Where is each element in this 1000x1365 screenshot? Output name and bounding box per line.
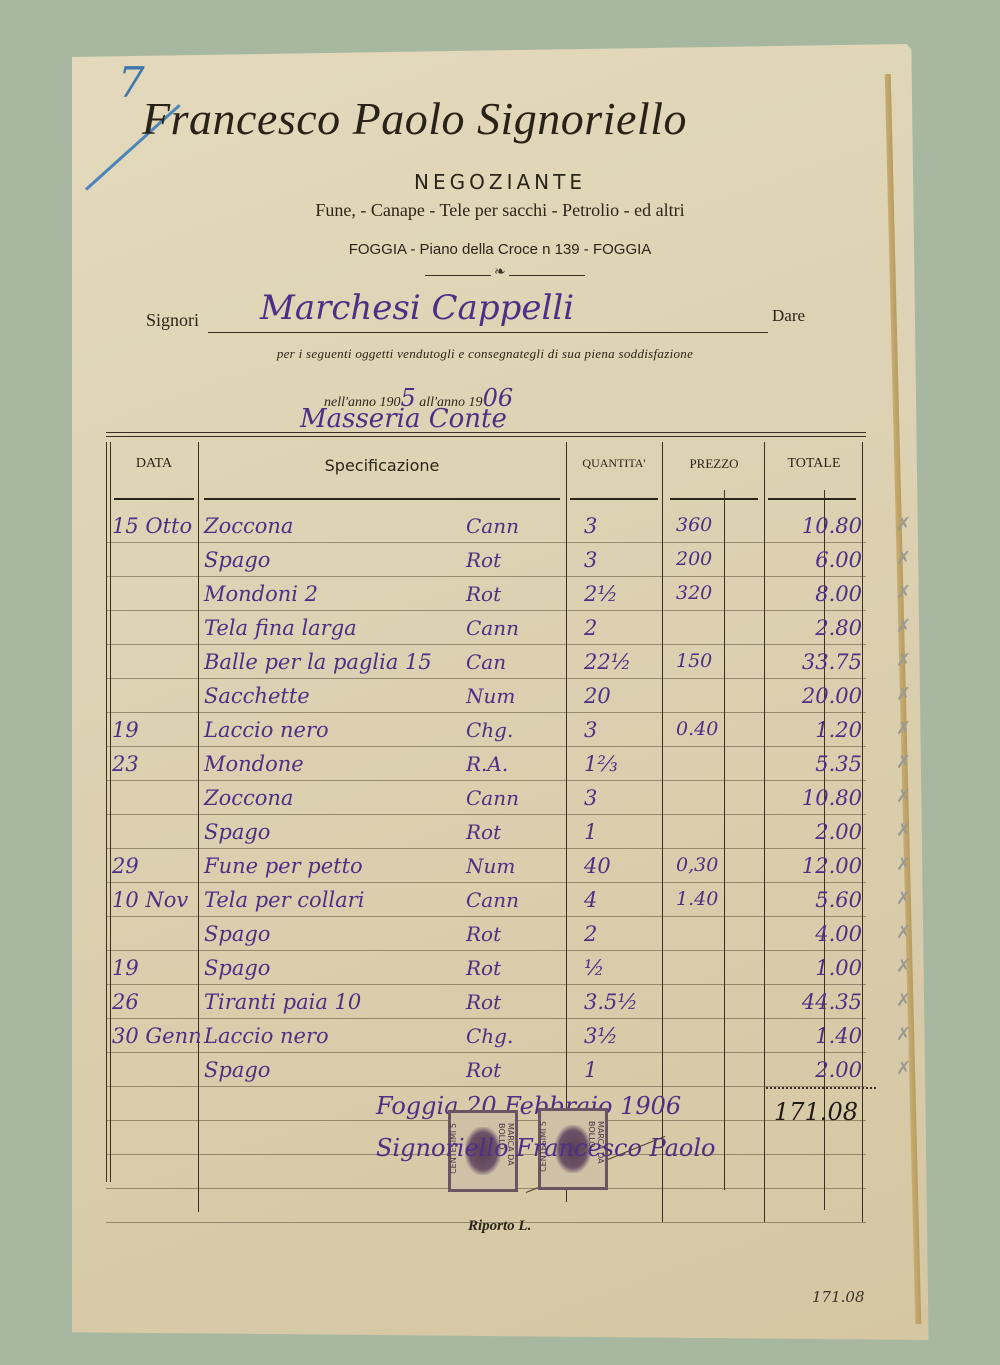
- row-item: Mondoni 2: [204, 582, 318, 606]
- row-total: 5.60: [762, 888, 866, 912]
- row-unit: Cann: [466, 888, 519, 912]
- signature: Signoriello Francesco Paolo: [376, 1134, 716, 1162]
- row-quantity: 3: [584, 718, 597, 742]
- goods-list: Fune, - Canape - Tele per sacchi - Petro…: [0, 200, 1000, 221]
- row-unit: Rot: [466, 990, 501, 1014]
- row-quantity: 3: [584, 786, 597, 810]
- row-unit: R.A.: [466, 752, 508, 776]
- row-quantity: 2: [584, 922, 597, 946]
- row-unit: Cann: [466, 514, 519, 538]
- ruled-line: [106, 542, 866, 543]
- signature-date: Foggia 20 Febbraio 1906: [376, 1092, 681, 1120]
- row-total: 12.00: [762, 854, 866, 878]
- ruled-line: [106, 1086, 866, 1087]
- ruled-line: [106, 576, 866, 577]
- pencil-note: 171.08: [812, 1288, 865, 1306]
- row-date: 10 Nov: [112, 888, 188, 912]
- customer-name: Marchesi Cappelli: [260, 288, 574, 328]
- row-quantity: 1: [584, 1058, 597, 1082]
- row-date: 23: [112, 752, 139, 776]
- pencil-check-icon: ✗: [896, 616, 911, 637]
- merchant-name: Francesco Paolo Signoriello: [142, 92, 687, 145]
- row-total: 1.00: [762, 956, 866, 980]
- row-total: 1.40: [762, 1024, 866, 1048]
- row-unit: Chg.: [466, 718, 513, 742]
- pencil-check-icon: ✗: [896, 548, 911, 569]
- row-quantity: 40: [584, 854, 611, 878]
- row-unit: Cann: [466, 786, 519, 810]
- invoice-description: per i seguenti oggetti vendutogli e cons…: [0, 346, 970, 362]
- customer-underline: [208, 332, 768, 333]
- row-quantity: 1: [584, 820, 597, 844]
- col-border: [110, 442, 111, 1182]
- merchant-address: FOGGIA - Piano della Croce n 139 - FOGGI…: [0, 241, 1000, 258]
- row-total: 33.75: [762, 650, 866, 674]
- row-quantity: 1⅔: [584, 752, 618, 776]
- row-total: 2.00: [762, 820, 866, 844]
- pencil-check-icon: ✗: [896, 888, 911, 909]
- delivery-location: Masseria Conte: [300, 404, 507, 434]
- row-quantity: 3½: [584, 1024, 618, 1048]
- row-quantity: 22½: [584, 650, 631, 674]
- row-item: Spago: [204, 956, 270, 980]
- merchant-title: NEGOZIANTE: [0, 170, 1000, 194]
- row-item: Zoccona: [204, 786, 293, 810]
- riporto-label: Riporto L.: [468, 1218, 531, 1235]
- row-item: Laccio nero: [204, 718, 329, 742]
- row-total: 8.00: [762, 582, 866, 606]
- row-unit: Rot: [466, 1058, 501, 1082]
- row-quantity: ½: [584, 956, 604, 980]
- row-price: 200: [676, 548, 712, 570]
- row-total: 44.35: [762, 990, 866, 1014]
- row-unit: Cann: [466, 616, 519, 640]
- pencil-check-icon: ✗: [896, 650, 911, 671]
- col-border: [106, 442, 107, 1182]
- row-item: Spago: [204, 820, 270, 844]
- row-total: 2.80: [762, 616, 866, 640]
- row-unit: Rot: [466, 956, 501, 980]
- row-price: 150: [676, 650, 712, 672]
- row-date: 26: [112, 990, 139, 1014]
- row-total: 2.00: [762, 1058, 866, 1082]
- ornament-divider: [425, 270, 585, 280]
- row-unit: Rot: [466, 820, 501, 844]
- ruled-line: [106, 1052, 866, 1053]
- ruled-line: [106, 746, 866, 747]
- row-price: 360: [676, 514, 712, 536]
- column-header-prezzo: PREZZO: [666, 456, 762, 472]
- row-total: 10.80: [762, 786, 866, 810]
- pencil-check-icon: ✗: [896, 786, 911, 807]
- row-item: Spago: [204, 1058, 270, 1082]
- ruled-line: [106, 712, 866, 713]
- row-total: 20.00: [762, 684, 866, 708]
- row-unit: Num: [466, 684, 515, 708]
- ruled-line: [106, 780, 866, 781]
- header-rule: [670, 498, 758, 500]
- row-quantity: 2½: [584, 582, 618, 606]
- pencil-check-icon: ✗: [896, 956, 911, 977]
- signori-label: Signori: [146, 310, 199, 331]
- ruled-line: [106, 644, 866, 645]
- sum-rule: [766, 1087, 876, 1089]
- table-top-rule-2: [106, 436, 866, 437]
- row-unit: Can: [466, 650, 506, 674]
- row-date: 19: [112, 718, 139, 742]
- pencil-check-icon: ✗: [896, 1058, 911, 1079]
- pencil-check-icon: ✗: [896, 854, 911, 875]
- pencil-check-icon: ✗: [896, 752, 911, 773]
- row-price: 0.40: [676, 718, 718, 740]
- row-item: Spago: [204, 922, 270, 946]
- row-date: 15 Otto: [112, 514, 192, 538]
- row-unit: Rot: [466, 922, 501, 946]
- pencil-check-icon: ✗: [896, 922, 911, 943]
- pencil-check-icon: ✗: [896, 684, 911, 705]
- column-header-specificazione: Specificazione: [202, 456, 562, 475]
- row-total: 4.00: [762, 922, 866, 946]
- pencil-check-icon: ✗: [896, 718, 911, 739]
- column-header-data: DATA: [114, 456, 194, 472]
- row-total: 5.35: [762, 752, 866, 776]
- row-unit: Rot: [466, 582, 501, 606]
- row-item: Tela fina larga: [204, 616, 357, 640]
- row-unit: Chg.: [466, 1024, 513, 1048]
- ruled-line: [106, 984, 866, 985]
- pencil-check-icon: ✗: [896, 820, 911, 841]
- column-header-totale: TOTALE: [766, 456, 862, 472]
- row-total: 10.80: [762, 514, 866, 538]
- row-date: 19: [112, 956, 139, 980]
- row-quantity: 3: [584, 514, 597, 538]
- dare-label: Dare: [772, 306, 805, 326]
- pencil-check-icon: ✗: [896, 514, 911, 535]
- ruled-line: [106, 814, 866, 815]
- row-total: 6.00: [762, 548, 866, 572]
- header-rule: [204, 498, 560, 500]
- col-subborder: [724, 490, 725, 1190]
- row-price: 0,30: [676, 854, 718, 876]
- column-header-quantita: QUANTITA': [566, 456, 662, 471]
- row-item: Tela per collari: [204, 888, 364, 912]
- grand-total: 171.08: [774, 1098, 858, 1126]
- margin-mark: 7: [118, 58, 145, 107]
- header-rule: [570, 498, 658, 500]
- ruled-line: [106, 916, 866, 917]
- row-total: 1.20: [762, 718, 866, 742]
- header-rule: [114, 498, 194, 500]
- pencil-check-icon: ✗: [896, 990, 911, 1011]
- row-unit: Num: [466, 854, 515, 878]
- header-rule: [768, 498, 856, 500]
- row-quantity: 3.5½: [584, 990, 638, 1014]
- pencil-check-icon: ✗: [896, 582, 911, 603]
- table-top-rule: [106, 432, 866, 433]
- row-item: Sacchette: [204, 684, 310, 708]
- row-date: 30 Genn: [112, 1024, 202, 1048]
- row-item: Spago: [204, 548, 270, 572]
- row-item: Balle per la paglia 15: [204, 650, 432, 674]
- col-border: [566, 442, 567, 1202]
- ruled-line: [106, 950, 866, 951]
- ruled-line: [106, 678, 866, 679]
- row-quantity: 2: [584, 616, 597, 640]
- row-item: Laccio nero: [204, 1024, 329, 1048]
- row-quantity: 20: [584, 684, 611, 708]
- row-unit: Rot: [466, 548, 501, 572]
- row-price: 320: [676, 582, 712, 604]
- ruled-line: [106, 882, 866, 883]
- row-item: Fune per petto: [204, 854, 363, 878]
- row-quantity: 3: [584, 548, 597, 572]
- ruled-line: [106, 610, 866, 611]
- col-border: [198, 442, 199, 1212]
- invoice-table: DATA Specificazione QUANTITA' PREZZO TOT…: [106, 432, 866, 1192]
- row-quantity: 4: [584, 888, 597, 912]
- pencil-check-icon: ✗: [896, 1024, 911, 1045]
- row-price: 1.40: [676, 888, 718, 910]
- ruled-line: [106, 1018, 866, 1019]
- row-item: Zoccona: [204, 514, 293, 538]
- ruled-line: [106, 848, 866, 849]
- row-item: Tiranti paia 10: [204, 990, 361, 1014]
- row-item: Mondone: [204, 752, 304, 776]
- row-date: 29: [112, 854, 139, 878]
